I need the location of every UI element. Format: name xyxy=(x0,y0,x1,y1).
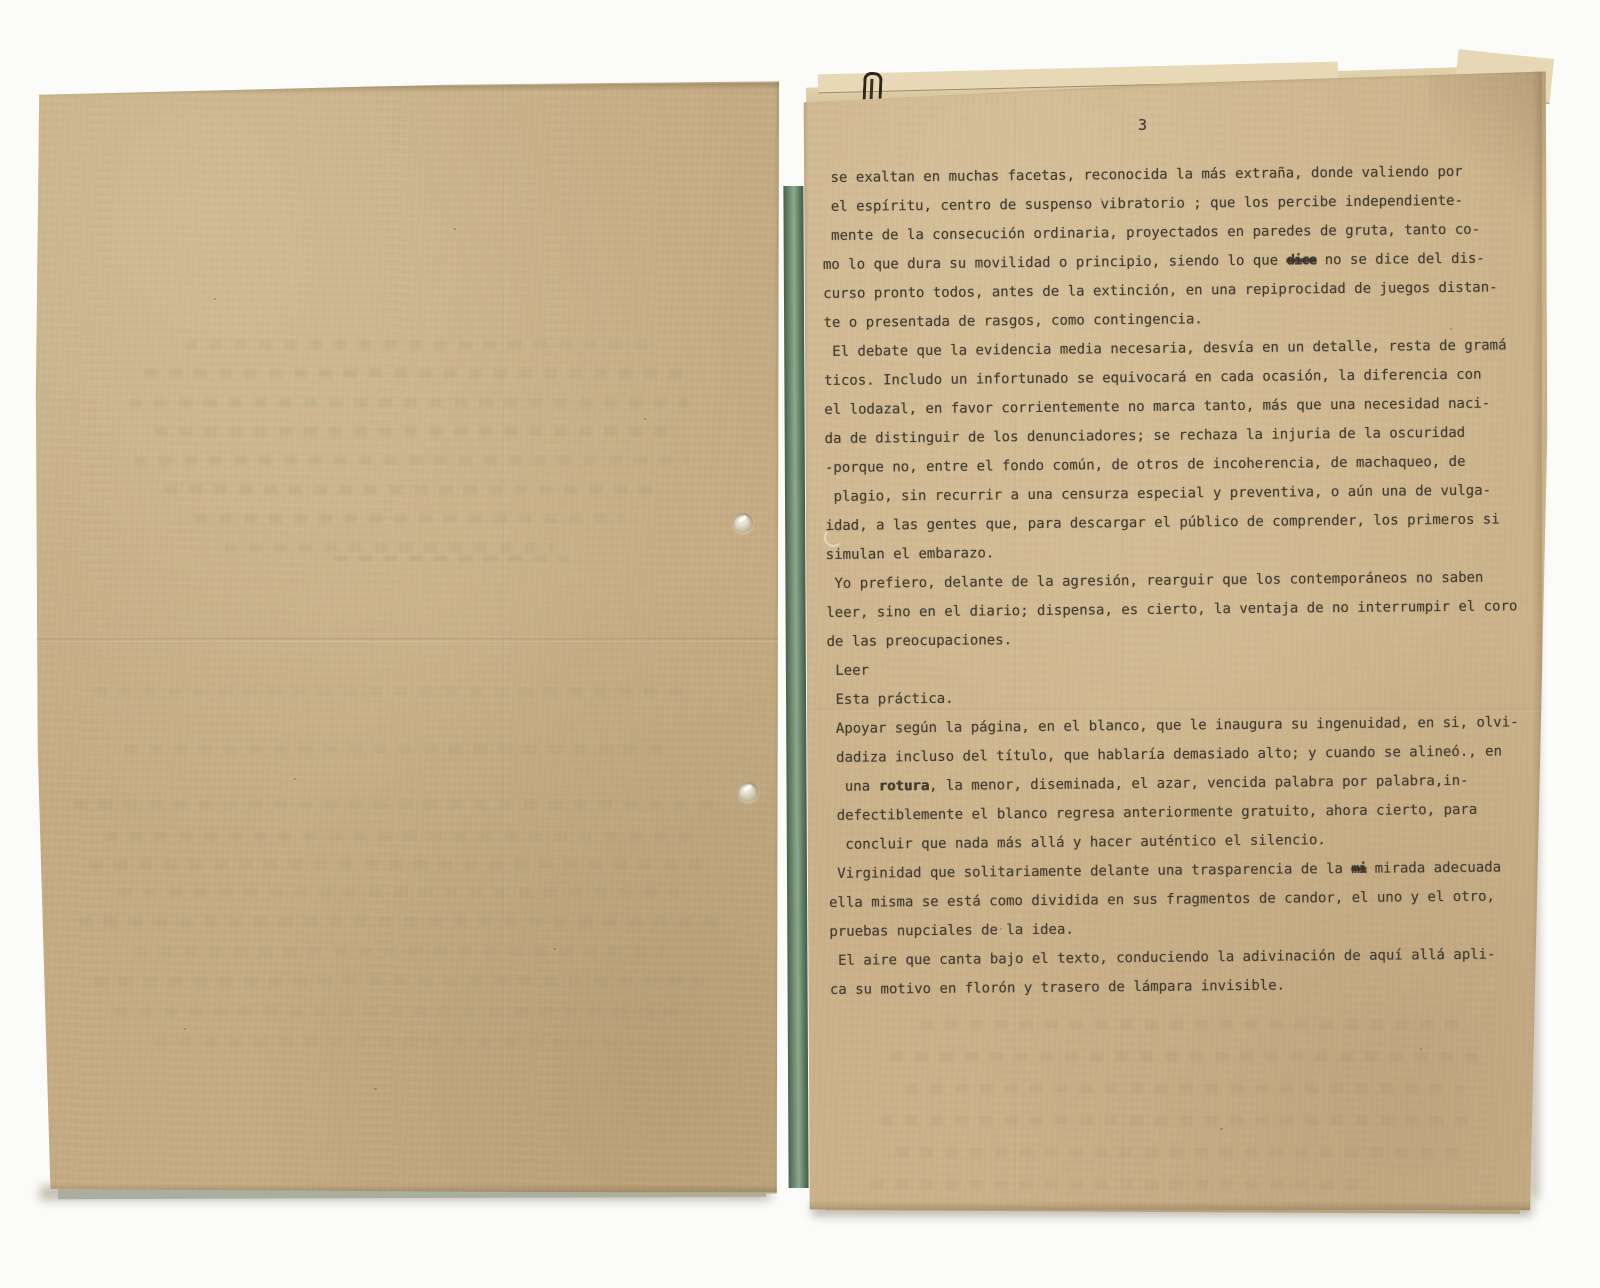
scanned-document: 3 se exaltan en muchas facetas, reconoci… xyxy=(0,0,1600,1288)
paper-speck xyxy=(184,1028,186,1030)
typed-segment: simulan el embarazo. xyxy=(826,545,995,563)
paper-speck xyxy=(1450,328,1452,330)
typed-segment: defectiblemente el blanco regresa anteri… xyxy=(828,802,1477,824)
showthrough-line xyxy=(94,687,694,696)
typed-segment: Yo prefiero, delante de la agresión, rea… xyxy=(826,570,1484,592)
typed-segment: da de distinguir de los denunciadores; s… xyxy=(825,425,1466,447)
typed-segment: -porque no, entre el fondo común, de otr… xyxy=(825,454,1466,476)
typed-segment: concluir que nada más allá y hacer autén… xyxy=(828,832,1325,853)
showthrough-line xyxy=(89,860,709,869)
showthrough-line xyxy=(79,917,729,926)
showthrough-line xyxy=(905,1084,1465,1093)
paper-speck xyxy=(374,1088,377,1090)
showthrough-line xyxy=(114,1007,694,1016)
typed-segment: mente de la consecución ordinaria, proye… xyxy=(823,222,1481,244)
typed-segment: curso pronto todos, antes de la extinció… xyxy=(823,280,1497,302)
typed-segment: el espíritu, centro de suspenso vibrator… xyxy=(822,193,1463,215)
fastener-glint xyxy=(743,784,753,792)
fold-crease xyxy=(34,638,782,642)
showthrough-line xyxy=(184,340,654,349)
binding-strip xyxy=(783,186,808,1188)
showthrough-line xyxy=(870,1180,1370,1189)
struck-word: mi xyxy=(1351,861,1366,877)
showthrough-line xyxy=(129,398,689,407)
typed-segment: El debate que la evidencia media necesar… xyxy=(824,337,1507,360)
paper-speck xyxy=(294,778,296,780)
typed-segment: Leer xyxy=(827,663,869,679)
typed-segment: dadiza incluso del título, que hablaría … xyxy=(828,744,1502,766)
typed-segment: una xyxy=(828,778,879,794)
showthrough-line xyxy=(144,369,684,378)
struck-word: dice xyxy=(1286,252,1316,268)
paper-speck xyxy=(1340,608,1342,610)
page-edge-shading xyxy=(800,1201,1548,1210)
typed-segment: no se dice del dis- xyxy=(1316,251,1485,269)
showthrough-line xyxy=(224,543,554,552)
showthrough-line xyxy=(164,485,664,494)
showthrough-line xyxy=(104,832,694,841)
page-edge-shading xyxy=(34,83,782,97)
typed-segment: El aire que canta bajo el texto, conduci… xyxy=(830,947,1496,969)
showthrough-line xyxy=(895,1148,1465,1157)
showthrough-line xyxy=(74,800,714,809)
typed-text-block: se exaltan en muchas facetas, reconocida… xyxy=(822,157,1548,1005)
paper-speck xyxy=(454,228,456,230)
fold-crease xyxy=(502,78,506,1198)
paper-speck xyxy=(644,418,646,420)
typed-segment: , la menor, diseminada, el azar, vencida… xyxy=(929,773,1469,794)
showthrough-line xyxy=(880,1116,1480,1125)
typed-segment: pruebas nupciales de la idea. xyxy=(829,922,1074,940)
showthrough-line xyxy=(920,1020,1460,1029)
fastener-hole xyxy=(738,782,758,802)
punch-hole xyxy=(824,528,843,547)
overtyped-word: rotura xyxy=(878,778,929,794)
typed-segment: Apoyar según la página, en el blanco, qu… xyxy=(827,714,1518,737)
left-page xyxy=(34,78,782,1198)
showthrough-line xyxy=(124,745,664,754)
fastener-hole xyxy=(733,513,753,533)
showthrough-line xyxy=(334,556,569,561)
typed-segment: ella misma se está como dividida en sus … xyxy=(829,889,1495,911)
typed-segment: Virginidad que solitariamente delante un… xyxy=(829,861,1352,882)
showthrough-line xyxy=(119,888,679,897)
paper-speck xyxy=(1420,1048,1422,1050)
paper-speck xyxy=(1220,1128,1223,1130)
typed-segment: ca su motivo en florón y trasero de lámp… xyxy=(830,978,1285,998)
showthrough-line xyxy=(194,514,624,523)
typed-segment: ticos. Includo un infortunado se equivoc… xyxy=(824,367,1482,389)
showthrough-line xyxy=(890,1052,1480,1061)
typed-segment: el lodazal, en favor corrientemente no m… xyxy=(824,396,1490,418)
typed-segment: plagio, sin recurrir a una censurza espe… xyxy=(825,483,1491,505)
typed-segment: Esta práctica. xyxy=(827,691,954,708)
showthrough-line xyxy=(154,427,674,436)
typed-segment: idad, a las gentes que, para descargar e… xyxy=(825,512,1499,534)
paper-speck xyxy=(1100,198,1102,200)
paper-speck xyxy=(1000,928,1002,930)
typed-segment: leer, sino en el diario; dispensa, es ci… xyxy=(826,598,1517,621)
showthrough-line xyxy=(94,977,704,986)
paper-speck xyxy=(554,948,556,950)
showthrough-line xyxy=(134,947,664,956)
paper-speck xyxy=(214,298,216,300)
typed-segment: de las preocupaciones. xyxy=(827,632,1013,650)
typed-line: ca su motivo en florón y trasero de lámp… xyxy=(830,969,1548,1005)
typed-segment: mo lo que dura su movilidad o principio,… xyxy=(823,253,1287,273)
fastener-glint xyxy=(738,515,748,523)
page-number: 3 xyxy=(1138,116,1147,134)
typed-segment: se exaltan en muchas facetas, reconocida… xyxy=(822,164,1463,186)
showthrough-line xyxy=(154,1037,634,1046)
showthrough-line xyxy=(134,456,689,465)
typed-segment: te o presentada de rasgos, como continge… xyxy=(823,311,1202,331)
typed-segment: mirada adecuada xyxy=(1366,860,1501,877)
right-page: 3 se exaltan en muchas facetas, reconoci… xyxy=(800,68,1548,1214)
